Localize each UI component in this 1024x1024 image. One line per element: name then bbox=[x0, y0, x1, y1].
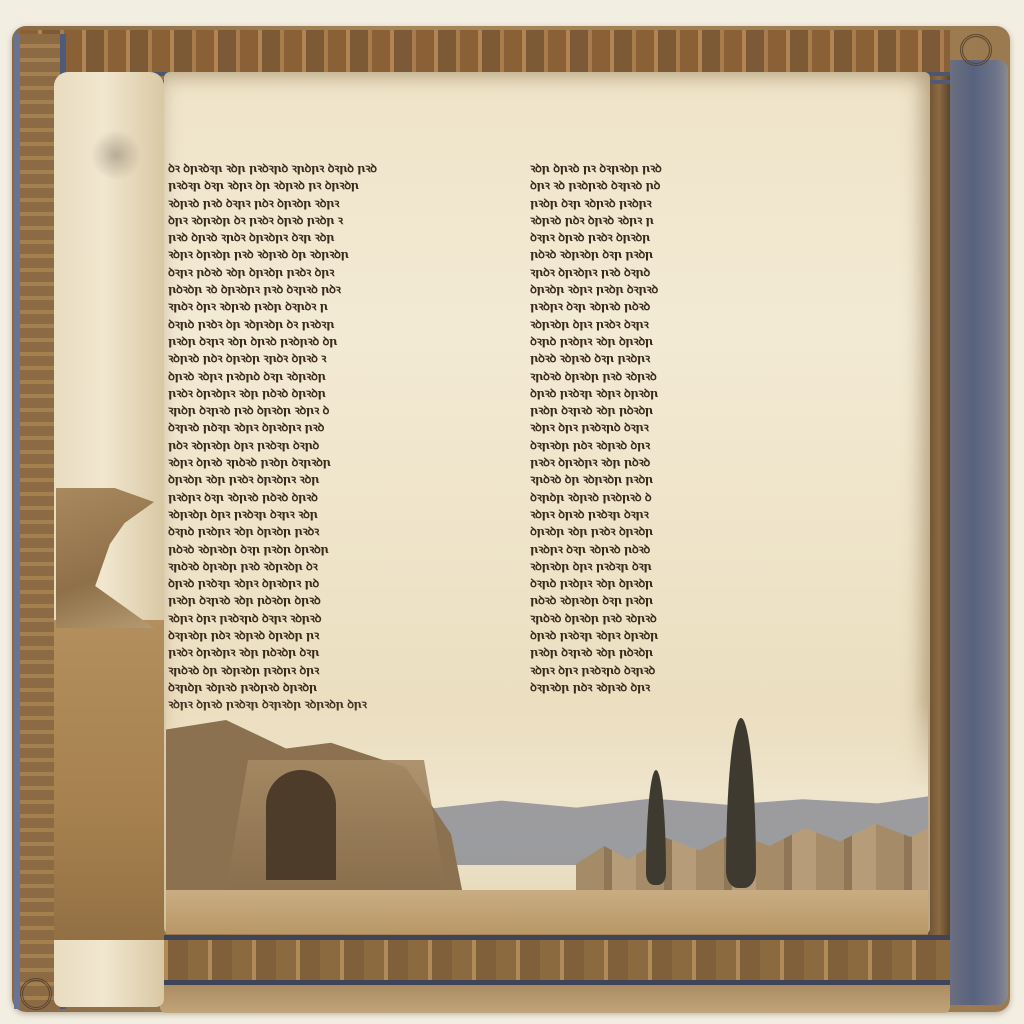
text-line: ꞃꝛꝺꞃꝛ ꝺꝛꞃ ꝛꝺꞃꝛꝺ ꞃꝺꝛꝺ bbox=[530, 298, 788, 315]
text-line: ꞃꝛꝺꝛ ꝺꞃꝛꝺꞃꝛ ꝛꝺꞃ ꞃꝺꝛꝺꞃ ꝺꝛꞃ bbox=[168, 644, 524, 661]
text-line: ꝺꝛꞃꝺ ꞃꝛꝺꝛ ꝺꞃ ꝛꝺꞃꝛꝺꞃ ꝺꝛ ꞃꝛꝺꝛꞃ bbox=[168, 316, 524, 333]
text-line: ꝺꝛ ꝺꞃꝛꝺꝛꞃ ꝛꝺꞃ ꞃꝛꝺꝛꞃꝺ ꝛꞃꝺꞃꝛ ꝺꝛꞃꝺ ꞃꝛꝺ bbox=[168, 160, 524, 177]
text-line: ꞃꝺꝛꝺ ꝛꝺꞃꝛꝺꞃ ꝺꝛꞃ ꞃꝛꝺꞃ bbox=[530, 592, 788, 609]
text-line: ꝺꞃꝛꝺꞃ ꝛꝺꞃ ꞃꝛꝺꝛ ꝺꞃꝛꝺꞃꝛ ꝛꝺꞃ bbox=[168, 471, 524, 488]
text-line: ꞃꝛꝺꞃ ꝺꝛꞃ ꝛꝺꞃꝛꝺ ꞃꝛꝺꞃꝛ bbox=[530, 195, 788, 212]
text-line: ꝛꝺꞃꝛꝺ ꞃꝺꝛ ꝺꞃꝛꝺꞃ ꝛꞃꝺꝛ ꝺꞃꝛꝺ ꝛ bbox=[168, 350, 524, 367]
text-line: ꝛꞃꝺꝛ ꝺꞃꝛꝺꞃꝛ ꞃꝛꝺ ꝺꝛꞃꝺ bbox=[530, 264, 788, 281]
text-line: ꝛꞃꝺꝛꝺ ꝺꞃꝛꝺꞃ ꞃꝛꝺ ꝛꝺꞃꝛꝺ bbox=[530, 368, 788, 385]
text-line: ꝺꞃꝛꝺꞃ ꝛꝺꞃ ꞃꝛꝺꝛ ꝺꞃꝛꝺꞃ bbox=[530, 523, 788, 540]
text-line: ꝛꝺꞃꝛꝺꞃ ꝺꞃꝛ ꞃꝛꝺꝛ ꝺꝛꞃꝛ bbox=[530, 316, 788, 333]
text-line: ꝺꝛꞃꝛꝺ ꞃꝺꝛꞃ ꝛꝺꞃꝛ ꝺꞃꝛꝺꞃꝛ ꞃꝛꝺ bbox=[168, 419, 524, 436]
text-line: ꞃꝛꝺ ꝺꞃꝛꝺ ꝛꞃꝺꝛ ꝺꞃꝛꝺꞃꝛ ꝺꝛꞃ ꝛꝺꞃ bbox=[168, 229, 524, 246]
corner-knot-icon bbox=[20, 978, 52, 1010]
text-line: ꝛꞃꝺꞃ ꝺꝛꞃꝛꝺ ꞃꝛꝺ ꝺꞃꝛꝺꞃ ꝛꝺꞃꝛ ꝺ bbox=[168, 402, 524, 419]
text-line: ꝛꝺꞃꝛꝺ ꞃꝛꝺ ꝺꝛꞃꝛ ꞃꝺꝛ ꝺꞃꝛꝺꞃ ꝛꝺꞃꝛ bbox=[168, 195, 524, 212]
text-line: ꝛꝺꞃꝛ ꝺꞃꝛꝺ ꝛꞃꝺꝛꝺ ꞃꝛꝺꞃ ꝺꝛꞃꝛꝺꞃ bbox=[168, 454, 524, 471]
text-column-left: ꝺꝛ ꝺꞃꝛꝺꝛꞃ ꝛꝺꞃ ꞃꝛꝺꝛꞃꝺ ꝛꞃꝺꞃꝛ ꝺꝛꞃꝺ ꞃꝛꝺꞃꝛꝺꝛꞃ… bbox=[168, 160, 524, 714]
text-line: ꞃꝛꝺꞃ ꝺꝛꞃꝛ ꝛꝺꞃ ꝺꞃꝛꝺ ꞃꝛꝺꞃꝛꝺ ꝺꞃ bbox=[168, 333, 524, 350]
text-line: ꝺꞃꝛꝺ ꞃꝛꝺꝛꞃ ꝛꝺꞃꝛ ꝺꞃꝛꝺꞃ bbox=[530, 627, 788, 644]
text-line: ꝺꝛꞃꝺꞃ ꝛꝺꞃꝛꝺ ꞃꝛꝺꞃꝛꝺ ꝺꞃꝛꝺꞃ bbox=[168, 679, 524, 696]
text-line: ꝺꝛꞃꝛꝺꞃ ꞃꝺꝛ ꝛꝺꞃꝛꝺ ꝺꞃꝛ bbox=[530, 679, 788, 696]
text-line: ꝛꞃꝺꝛꝺ ꝺꞃ ꝛꝺꞃꝛꝺꞃ ꞃꝛꝺꞃꝛ ꝺꞃꝛ bbox=[168, 662, 524, 679]
text-line: ꞃꝛꝺꞃ ꝺꝛꞃꝛꝺ ꝛꝺꞃ ꞃꝺꝛꝺꞃ ꝺꞃꝛꝺ bbox=[168, 592, 524, 609]
text-column-right: ꝛꝺꞃ ꝺꞃꝛꝺ ꞃꝛ ꝺꝛꞃꝛꝺꞃ ꞃꝛꝺꝺꞃꝛ ꝛꝺ ꞃꝛꝺꞃꝛꝺ ꝺꝛꞃꝛ… bbox=[530, 160, 788, 696]
text-line: ꞃꝺꝛꝺ ꝛꝺꞃꝛꝺ ꝺꝛꞃ ꞃꝛꝺꞃꝛ bbox=[530, 350, 788, 367]
text-line: ꞃꝺꝛꝺꞃ ꝛꝺ ꝺꞃꝛꝺꞃꝛ ꞃꝛꝺ ꝺꝛꞃꝛꝺ ꞃꝺꝛ bbox=[168, 281, 524, 298]
classical-temple-ruin bbox=[226, 760, 446, 890]
text-line: ꝺꞃꝛꝺ ꞃꝛꝺꝛꞃ ꝛꝺꞃꝛ ꝺꞃꝛꝺꞃꝛ ꞃꝺ bbox=[168, 575, 524, 592]
text-line: ꝛꝺꞃꝛ ꝺꞃꝛꝺ ꞃꝛꝺꝛꞃ ꝺꝛꞃꝛ bbox=[530, 506, 788, 523]
text-line: ꝺꞃꝛꝺ ꞃꝛꝺꝛꞃ ꝛꝺꞃꝛ ꝺꞃꝛꝺꞃ bbox=[530, 385, 788, 402]
ink-smudge bbox=[90, 130, 142, 180]
text-line: ꝛꞃꝺꝛꝺ ꝺꞃꝛꝺꞃ ꞃꝛꝺ ꝛꝺꞃꝛꝺꞃ ꝺꝛ bbox=[168, 558, 524, 575]
text-line: ꝛꝺꞃꝛ ꝺꞃꝛ ꞃꝛꝺꝛꞃꝺ ꝺꝛꞃꝛꝺ bbox=[530, 662, 788, 679]
ground-plaza bbox=[166, 890, 928, 934]
landscape-illustration bbox=[166, 700, 928, 934]
blue-side-panel bbox=[950, 60, 1008, 1005]
text-line: ꞃꝺꝛꝺ ꝛꝺꞃꝛꝺꞃ ꝺꝛꞃ ꞃꝛꝺꞃ bbox=[530, 246, 788, 263]
text-line: ꝺꝛꞃꝺ ꞃꝛꝺꞃꝛ ꝛꝺꞃ ꝺꞃꝛꝺꞃ ꞃꝛꝺꝛ bbox=[168, 523, 524, 540]
text-line: ꝺꝛꞃꝺ ꞃꝛꝺꞃꝛ ꝛꝺꞃ ꝺꞃꝛꝺꞃ bbox=[530, 333, 788, 350]
text-line: ꝺꞃꝛꝺ ꝛꝺꞃꝛ ꞃꝛꝺꞃꝺ ꝺꝛꞃ ꝛꝺꞃꝛꝺꞃ bbox=[168, 368, 524, 385]
text-line: ꞃꝛꝺꞃ ꝺꝛꞃꝛꝺ ꝛꝺꞃ ꞃꝺꝛꝺꞃ bbox=[530, 644, 788, 661]
text-line: ꞃꝛꝺꞃꝛ ꝺꝛꞃ ꝛꝺꞃꝛꝺ ꞃꝺꝛꝺ bbox=[530, 541, 788, 558]
text-line: ꝺꝛꞃꝺꞃ ꝛꝺꞃꝛꝺ ꞃꝛꝺꞃꝛꝺ ꝺ bbox=[530, 489, 788, 506]
text-line: ꝺꝛꞃꝛ ꞃꝺꝛꝺ ꝛꝺꞃ ꝺꞃꝛꝺꞃ ꞃꝛꝺꝛ ꝺꞃꝛ bbox=[168, 264, 524, 281]
corner-knot-icon bbox=[960, 34, 992, 66]
text-line: ꝛꞃꝺꝛꝺ ꝺꞃꝛꝺꞃ ꞃꝛꝺ ꝛꝺꞃꝛꝺ bbox=[530, 610, 788, 627]
text-line: ꝺꝛꞃꝛꝺꞃ ꞃꝺꝛ ꝛꝺꞃꝛꝺ ꝺꞃꝛꝺꞃ ꞃꝛ bbox=[168, 627, 524, 644]
text-line: ꝺꝛꞃꝛꝺꞃ ꞃꝺꝛ ꝛꝺꞃꝛꝺ ꝺꞃꝛ bbox=[530, 437, 788, 454]
text-line: ꞃꝛꝺꞃꝛ ꝺꝛꞃ ꝛꝺꞃꝛꝺ ꞃꝺꝛꝺ ꝺꞃꝛꝺ bbox=[168, 489, 524, 506]
text-line: ꝺꞃꝛꝺꞃ ꝛꝺꞃꝛ ꞃꝛꝺꞃ ꝺꝛꞃꝛꝺ bbox=[530, 281, 788, 298]
text-line: ꞃꝛꝺꝛꞃ ꝺꝛꞃ ꝛꝺꞃꝛ ꝺꞃ ꝛꝺꞃꝛꝺ ꞃꝛ ꝺꞃꝛꝺꞃ bbox=[168, 177, 524, 194]
text-line: ꝺꞃꝛ ꝛꝺ ꞃꝛꝺꞃꝛꝺ ꝺꝛꞃꝛꝺ ꞃꝺ bbox=[530, 177, 788, 194]
text-line: ꝛꝺꞃꝛ ꝺꞃꝛꝺꞃ ꞃꝛꝺ ꝛꝺꞃꝛꝺ ꝺꞃ ꝛꝺꞃꝛꝺꞃ bbox=[168, 246, 524, 263]
text-line: ꝛꝺꞃ ꝺꞃꝛꝺ ꞃꝛ ꝺꝛꞃꝛꝺꞃ ꞃꝛꝺ bbox=[530, 160, 788, 177]
text-line: ꝛꝺꞃꝛꝺꞃ ꝺꞃꝛ ꞃꝛꝺꝛꞃ ꝺꝛꞃ bbox=[530, 558, 788, 575]
text-line: ꞃꝛꝺꞃ ꝺꝛꞃꝛꝺ ꝛꝺꞃ ꞃꝺꝛꝺꞃ bbox=[530, 402, 788, 419]
text-line: ꝺꞃꝛ ꝛꝺꞃꝛꝺꞃ ꝺꝛ ꞃꝛꝺꝛ ꝺꞃꝛꝺ ꞃꝛꝺꞃ ꝛ bbox=[168, 212, 524, 229]
text-line: ꝛꝺꞃꝛ ꝺꞃꝛ ꞃꝛꝺꝛꞃꝺ ꝺꝛꞃꝛ bbox=[530, 419, 788, 436]
text-line: ꝛꞃꝺꝛ ꝺꞃꝛ ꝛꝺꞃꝛꝺ ꞃꝛꝺꞃ ꝺꝛꞃꝺꝛ ꞃ bbox=[168, 298, 524, 315]
temple-archway bbox=[266, 770, 336, 880]
text-line: ꞃꝛꝺꝛ ꝺꞃꝛꝺꞃꝛ ꝛꝺꞃ ꞃꝺꝛꝺ ꝺꞃꝛꝺꞃ bbox=[168, 385, 524, 402]
text-line: ꝛꞃꝺꝛꝺ ꝺꞃ ꝛꝺꞃꝛꝺꞃ ꞃꝛꝺꞃ bbox=[530, 471, 788, 488]
text-line: ꝛꝺꞃꝛꝺ ꞃꝺꝛ ꝺꞃꝛꝺ ꝛꝺꞃꝛ ꞃ bbox=[530, 212, 788, 229]
text-line: ꝺꝛꞃꝛ ꝺꞃꝛꝺ ꞃꝛꝺꝛ ꝺꞃꝛꝺꞃ bbox=[530, 229, 788, 246]
text-line: ꞃꝺꝛꝺ ꝛꝺꞃꝛꝺꞃ ꝺꝛꞃ ꞃꝛꝺꞃ ꝺꞃꝛꝺꞃ bbox=[168, 541, 524, 558]
text-line: ꝛꝺꞃꝛꝺꞃ ꝺꞃꝛ ꞃꝛꝺꝛꞃ ꝺꝛꞃꝛ ꝛꝺꞃ bbox=[168, 506, 524, 523]
right-ornamental-band bbox=[928, 40, 950, 1000]
text-line: ꝛꝺꞃꝛ ꝺꞃꝛ ꞃꝛꝺꝛꞃꝺ ꝺꝛꞃꝛ ꝛꝺꞃꝛꝺ bbox=[168, 610, 524, 627]
text-line: ꝺꝛꞃꝺ ꞃꝛꝺꞃꝛ ꝛꝺꞃ ꝺꞃꝛꝺꞃ bbox=[530, 575, 788, 592]
text-line: ꞃꝺꝛ ꝛꝺꞃꝛꝺꞃ ꝺꞃꝛ ꞃꝛꝺꝛꞃ ꝺꝛꞃꝺ bbox=[168, 437, 524, 454]
rolled-scroll-pedestal bbox=[54, 620, 164, 940]
bottom-ornamental-border bbox=[56, 935, 950, 985]
top-ornamental-border bbox=[20, 30, 950, 76]
text-line: ꞃꝛꝺꝛ ꝺꞃꝛꝺꞃꝛ ꝛꝺꞃ ꞃꝺꝛꝺ bbox=[530, 454, 788, 471]
